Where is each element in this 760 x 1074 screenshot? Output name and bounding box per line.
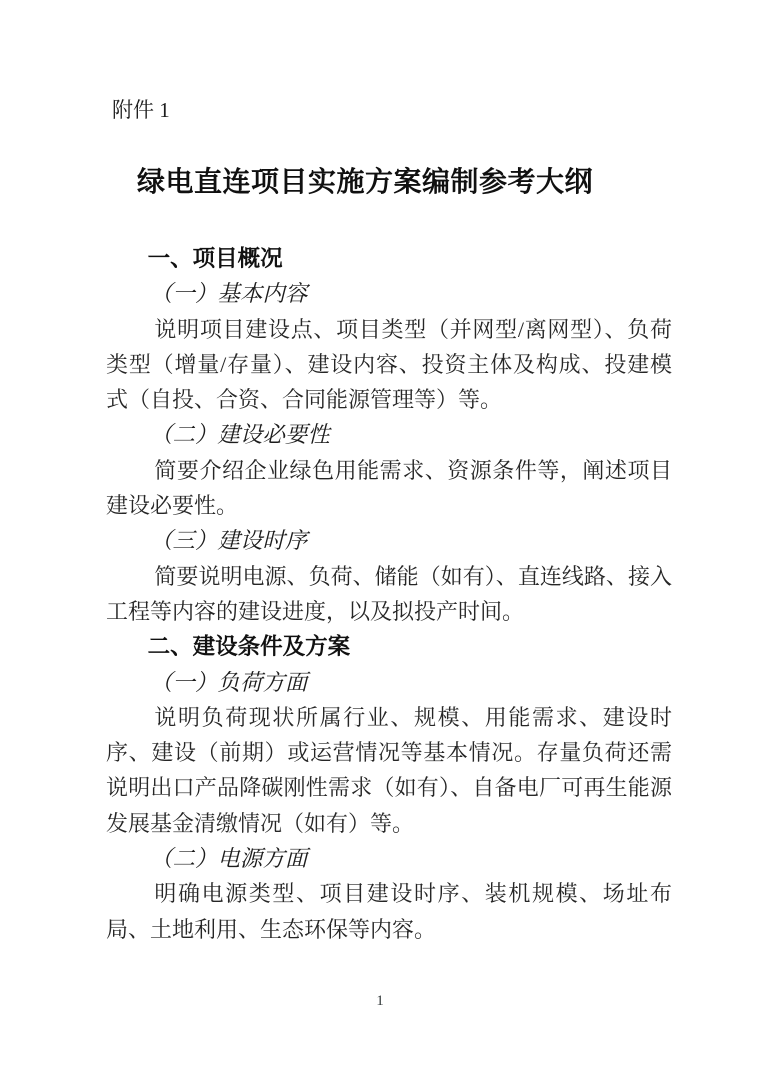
document-title: 绿电直连项目实施方案编制参考大纲 [82,160,648,200]
attachment-label: 附件 1 [112,97,170,123]
page-number: 1 [0,993,760,1010]
section-heading-2: 二、建设条件及方案 [106,629,672,664]
sub-heading-2-1: （一）负荷方面 [106,665,672,700]
paragraph-schedule: 简要说明电源、负荷、储能（如有）、直连线路、接入工程等内容的建设进度，以及拟投产… [106,559,672,630]
paragraph-power-source: 明确电源类型、项目建设时序、装机规模、场址布局、土地利用、生态环保等内容。 [106,876,672,947]
section-heading-1: 一、项目概况 [106,241,672,276]
paragraph-load: 说明负荷现状所属行业、规模、用能需求、建设时序、建设（前期）或运营情况等基本情况… [106,700,672,841]
document-page: 附件 1 绿电直连项目实施方案编制参考大纲 一、项目概况 （一）基本内容 说明项… [0,0,760,1074]
paragraph-necessity: 简要介绍企业绿色用能需求、资源条件等，阐述项目建设必要性。 [106,453,672,524]
document-body: 一、项目概况 （一）基本内容 说明项目建设点、项目类型（并网型/离网型）、负荷类… [106,241,672,947]
sub-heading-1-1: （一）基本内容 [106,276,672,311]
sub-heading-1-2: （二）建设必要性 [106,417,672,452]
sub-heading-1-3: （三）建设时序 [106,523,672,558]
sub-heading-2-2: （二）电源方面 [106,841,672,876]
paragraph-basic-content: 说明项目建设点、项目类型（并网型/离网型）、负荷类型（增量/存量）、建设内容、投… [106,312,672,418]
